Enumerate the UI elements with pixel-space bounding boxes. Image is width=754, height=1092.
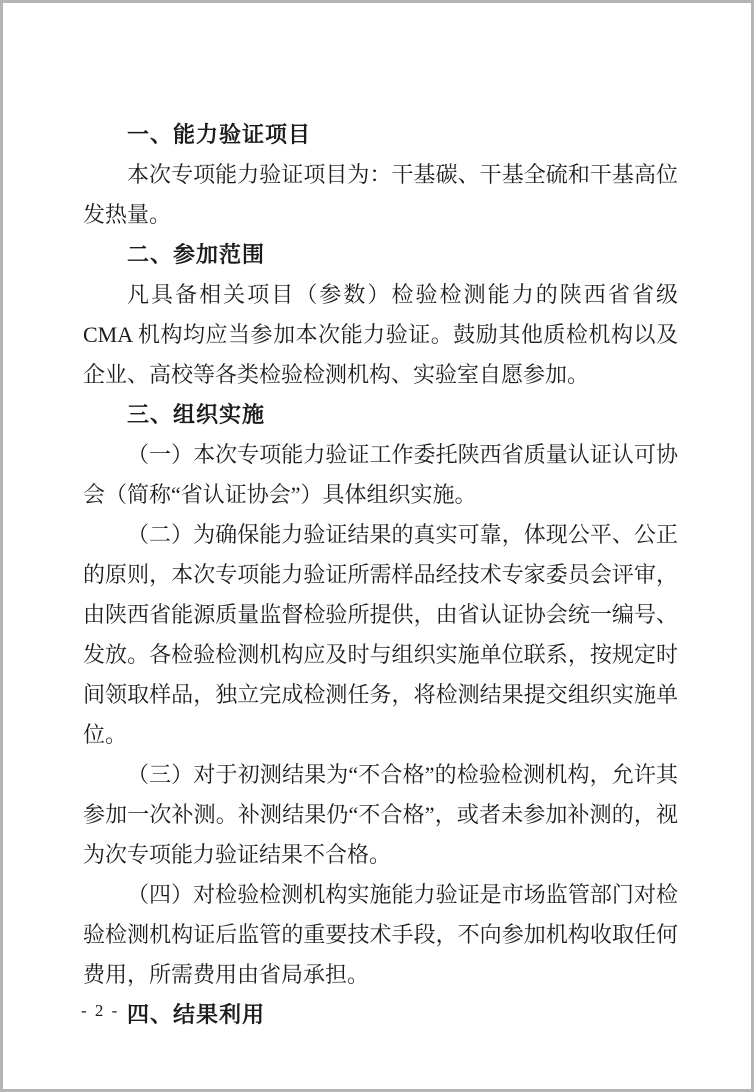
section-heading-3: 三、组织实施 (83, 395, 678, 435)
paragraph-section-2: 凡具备相关项目（参数）检验检测能力的陕西省省级 CMA 机构均应当参加本次能力验… (83, 275, 678, 395)
page-number: - 2 - (81, 1001, 119, 1021)
document-page: 一、能力验证项目 本次专项能力验证项目为：干基碳、干基全硫和干基高位发热量。 二… (0, 0, 754, 1092)
document-body: 一、能力验证项目 本次专项能力验证项目为：干基碳、干基全硫和干基高位发热量。 二… (83, 115, 678, 1035)
section-heading-2: 二、参加范围 (83, 235, 678, 275)
paragraph-section-3-item-4: （四）对检验检测机构实施能力验证是市场监管部门对检验检测机构证后监管的重要技术手… (83, 875, 678, 995)
paragraph-section-3-item-3: （三）对于初测结果为“不合格”的检验检测机构，允许其参加一次补测。补测结果仍“不… (83, 755, 678, 875)
paragraph-section-3-item-2: （二）为确保能力验证结果的真实可靠，体现公平、公正的原则，本次专项能力验证所需样… (83, 515, 678, 755)
section-heading-1: 一、能力验证项目 (83, 115, 678, 155)
paragraph-section-3-item-1: （一）本次专项能力验证工作委托陕西省质量认证认可协会（简称“省认证协会”）具体组… (83, 435, 678, 515)
section-heading-4: 四、结果利用 (83, 995, 678, 1035)
paragraph-section-1: 本次专项能力验证项目为：干基碳、干基全硫和干基高位发热量。 (83, 155, 678, 235)
